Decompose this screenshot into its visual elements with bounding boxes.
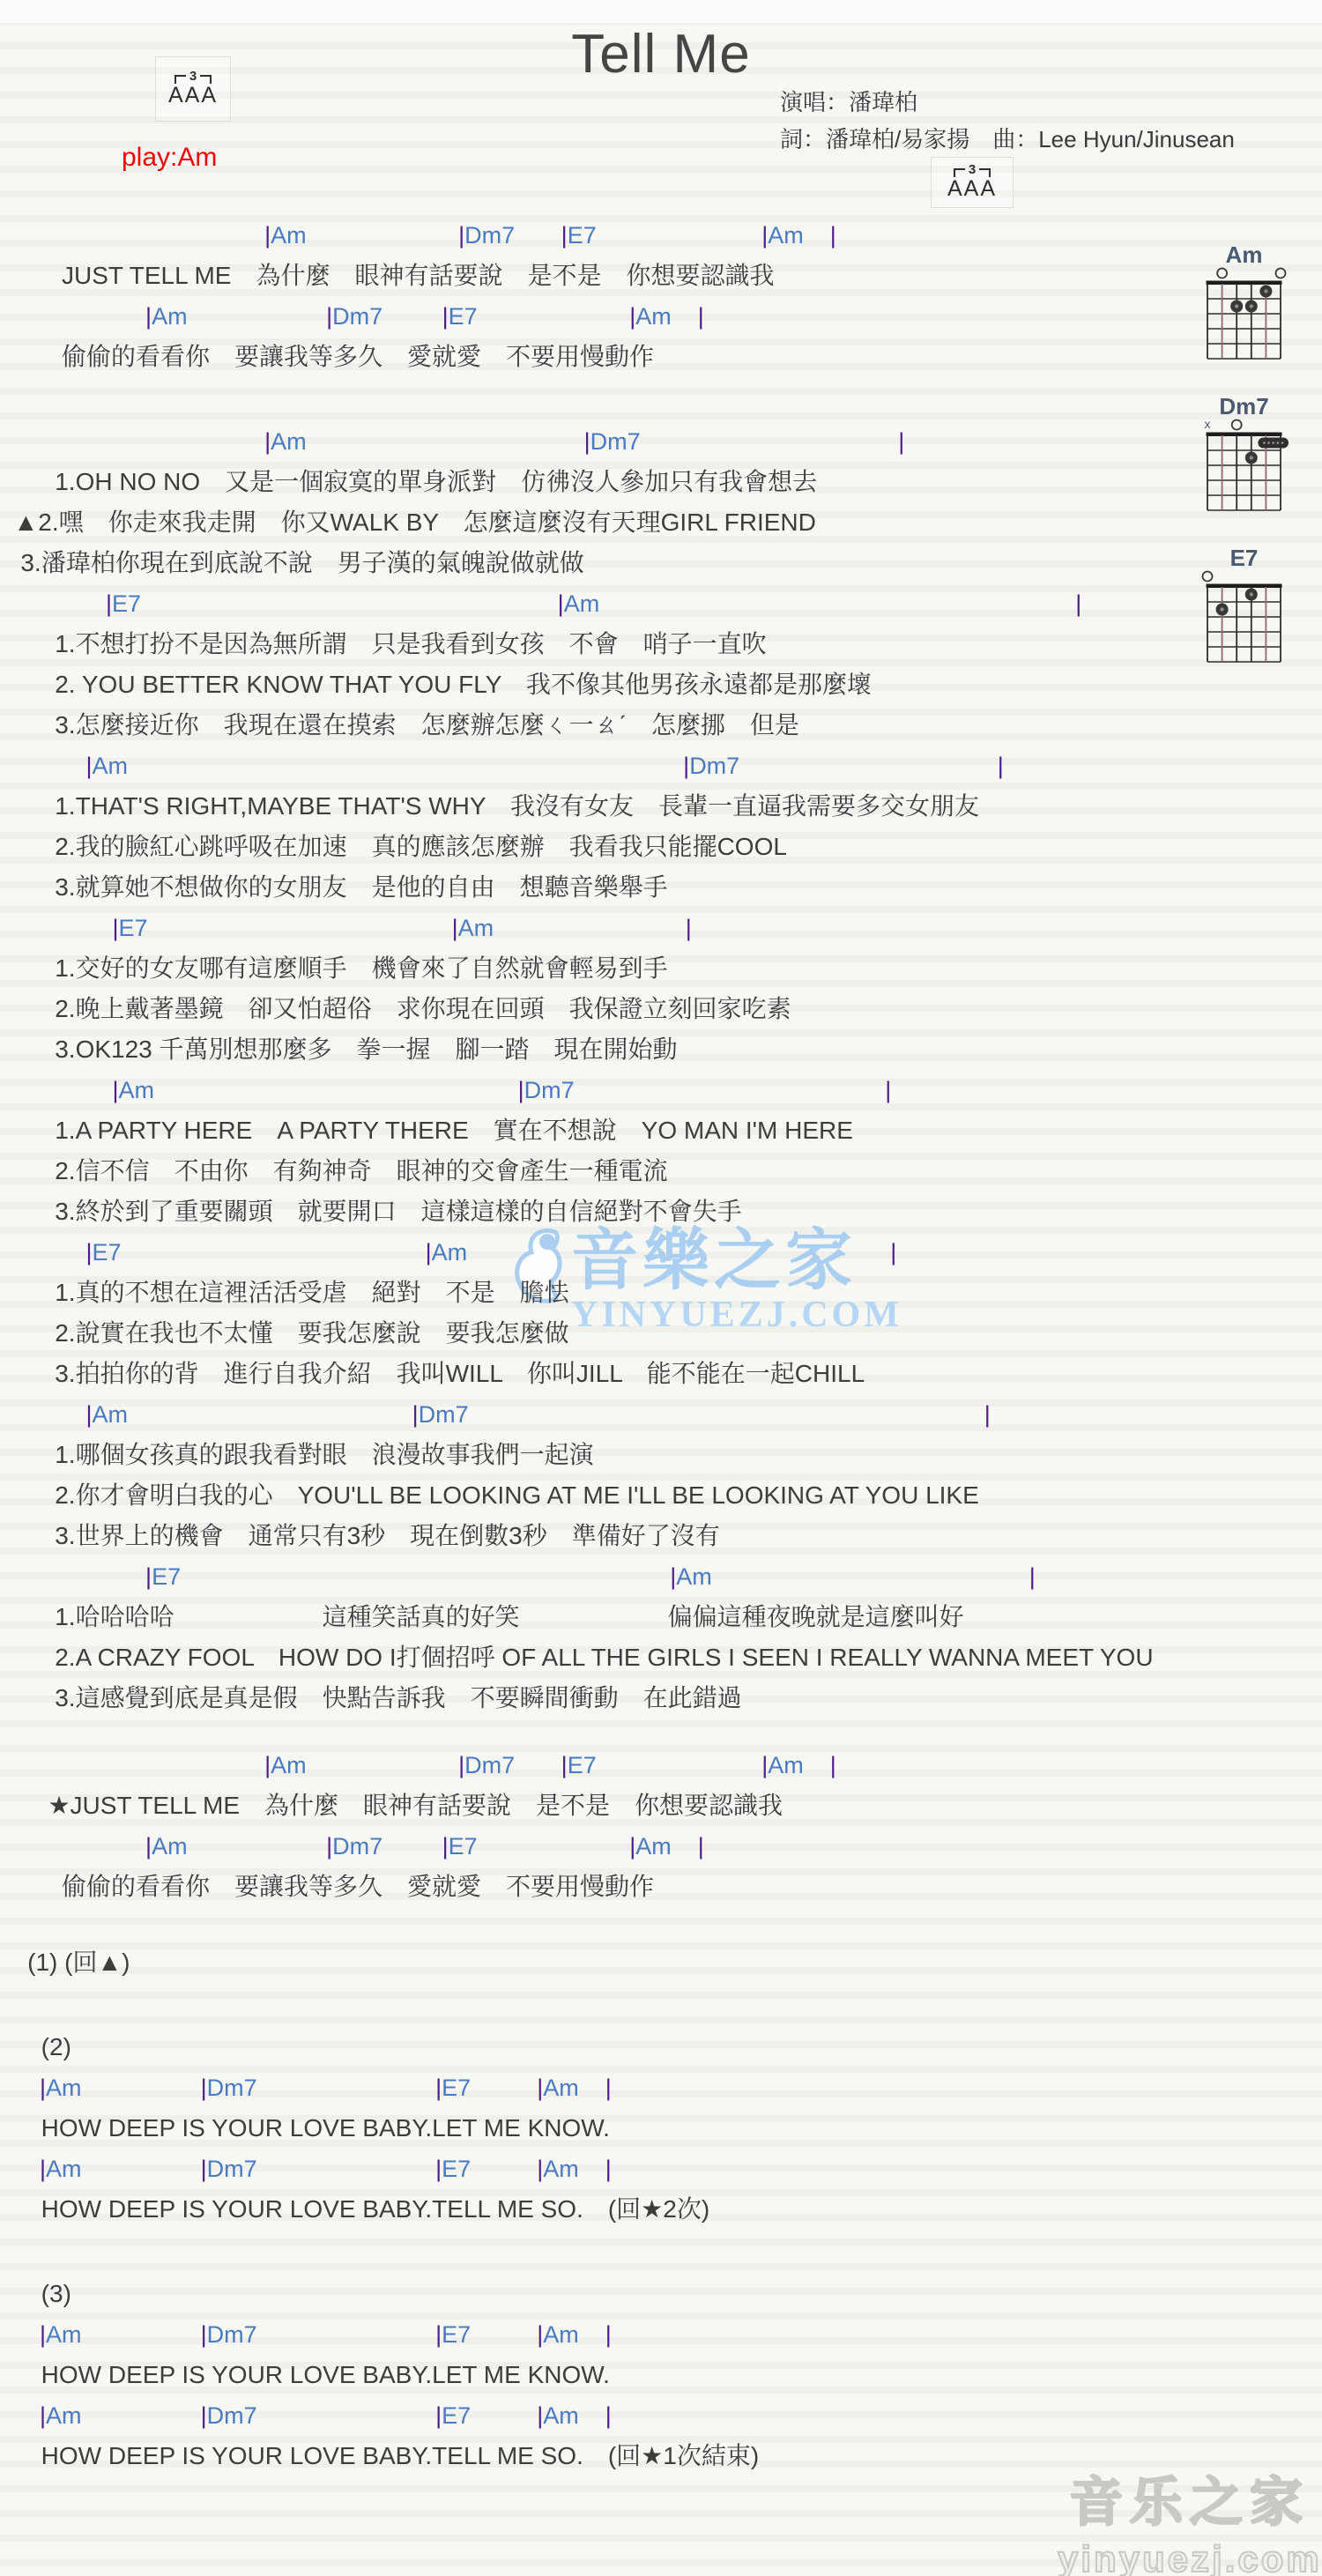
bar-marker: | [830, 1752, 836, 1778]
chord-symbol: E7 [449, 1833, 478, 1860]
chord-line: |Am |Dm7 | [0, 1394, 1322, 1435]
section-label: (1) (回▲) [0, 1942, 1322, 1983]
bar-marker: | [698, 303, 704, 330]
svg-text:Am: Am [1226, 241, 1263, 268]
sheet-gap [0, 377, 1322, 421]
svg-text:Dm7: Dm7 [1219, 393, 1268, 419]
chord-line: |Am |Dm7 |E7 |Am | [0, 2067, 1322, 2108]
chord-symbol: Dm7 [332, 1833, 382, 1860]
chord-symbol: Am [458, 915, 494, 941]
bar-marker: | [113, 915, 119, 941]
bar-marker: | [40, 2156, 46, 2182]
lyric-line: 2. YOU BETTER KNOW THAT YOU FLY 我不像其他男孩永… [0, 664, 1322, 705]
chord-diagram-e7: E7 [1181, 545, 1297, 674]
chord-symbol: Am [543, 2402, 579, 2429]
bar-marker: | [86, 753, 93, 779]
lyric-line: ★JUST TELL ME 為什麼 眼神有話要說 是不是 你想要認識我 [0, 1785, 1322, 1826]
bar-marker: | [561, 1752, 568, 1778]
sheet-gap [0, 2230, 1322, 2274]
bar-marker: | [561, 222, 568, 249]
lyric-line: 2.我的臉紅心跳呼吸在加速 真的應該怎麼辦 我看我只能擺COOL [0, 827, 1322, 867]
sheet-gap [0, 1983, 1322, 2027]
chord-line: |E7 |Am | [0, 583, 1322, 624]
bar-marker: | [984, 1401, 991, 1428]
bar-marker: | [584, 428, 590, 455]
chord-symbol: E7 [152, 1563, 181, 1590]
chord-line: |Am |Dm7 | [0, 1070, 1322, 1110]
chord-symbol: E7 [568, 222, 597, 249]
bar-marker: | [106, 590, 112, 617]
triplet-bracket: 3 [175, 71, 212, 83]
chord-symbol: Am [46, 2321, 82, 2348]
chord-symbol: E7 [93, 1239, 122, 1266]
lyric-line: 2.你才會明白我的心 YOU'LL BE LOOKING AT ME I'LL … [0, 1475, 1322, 1516]
chord-symbol: Am [119, 1077, 155, 1103]
bar-marker: | [830, 222, 836, 249]
triplet-letters: AAA [168, 83, 218, 108]
chord-symbol: Am [93, 753, 129, 779]
page-top-strip [0, 0, 1322, 23]
lyric-line: 偷偷的看看你 要讓我等多久 愛就愛 不要用慢動作 [0, 1867, 1322, 1907]
chord-symbol: E7 [442, 2321, 471, 2348]
bar-marker: | [1075, 590, 1081, 617]
bar-marker: | [698, 1833, 704, 1860]
lyric-line: HOW DEEP IS YOUR LOVE BABY.LET ME KNOW. [0, 2355, 1322, 2395]
chord-symbol: Am [635, 1833, 672, 1860]
bar-marker: | [86, 1239, 93, 1266]
lyric-line: 2.晚上戴著墨鏡 卻又怕超俗 求你現在回頭 我保證立刻回家吃素 [0, 989, 1322, 1029]
chord-diagrams: AmDm7xE7 [1181, 241, 1297, 696]
triplet-number: 3 [969, 164, 976, 176]
lyric-line: 1.OH NO NO 又是一個寂寞的單身派對 仿彿沒人參加只有我會想去 [0, 462, 1322, 502]
lyric-line: 3.就算她不想做你的女朋友 是他的自由 想聽音樂舉手 [0, 867, 1322, 908]
chord-line: |Am |Dm7 |E7 |Am | [0, 1745, 1322, 1785]
lyric-line: 1.不想打扮不是因為無所謂 只是我看到女孩 不會 哨子一直吹 [0, 624, 1322, 664]
bar-marker: | [1029, 1563, 1036, 1590]
bar-marker: | [201, 2402, 207, 2429]
lyric-line: 1.THAT'S RIGHT,MAYBE THAT'S WHY 我沒有女友 長輩… [0, 786, 1322, 827]
chord-diagram-dm7: Dm7x [1181, 393, 1297, 523]
triplet-strum-symbol-2: 3 AAA [931, 157, 1014, 208]
chord-symbol: E7 [119, 915, 148, 941]
bar-marker: | [201, 2321, 207, 2348]
bar-marker: | [605, 2075, 612, 2101]
chord-symbol: Am [768, 1752, 804, 1778]
bar-marker: | [885, 1077, 891, 1103]
bar-marker: | [442, 303, 449, 330]
chord-diagram-am: Am [1181, 241, 1297, 371]
chord-line: |E7 |Am | [0, 908, 1322, 948]
chord-symbol: Dm7 [207, 2402, 257, 2429]
bar-marker: | [40, 2075, 46, 2101]
chord-line: |E7 |Am | [0, 1232, 1322, 1273]
sheet-gap [0, 1719, 1322, 1745]
chord-symbol: Am [676, 1563, 712, 1590]
lyric-line: ▲2.嘿 你走來我走開 你又WALK BY 怎麼這麼沒有天理GIRL FRIEN… [0, 502, 1322, 543]
corner-watermark-domain: yinyuezj.com [1058, 2538, 1322, 2576]
bar-marker: | [113, 1077, 119, 1103]
section-label: (2) [0, 2027, 1322, 2067]
bar-marker: | [605, 2156, 612, 2182]
chord-symbol: Dm7 [207, 2321, 257, 2348]
chord-symbol: E7 [449, 303, 478, 330]
chord-symbol: Am [46, 2075, 82, 2101]
bar-marker: | [145, 1563, 152, 1590]
composer-credit: 詞：潘瑋柏/易家揚 曲：Lee Hyun/Jinusean [780, 122, 1235, 154]
chord-line: |Am |Dm7 |E7 |Am | [0, 215, 1322, 256]
chord-symbol: Dm7 [464, 222, 515, 249]
section-label: (3) [0, 2274, 1322, 2314]
lyric-line: 3.OK123 千萬別想那麼多 拳一握 腳一踏 現在開始動 [0, 1029, 1322, 1070]
lyric-line: 1.A PARTY HERE A PARTY THERE 實在不想說 YO MA… [0, 1110, 1322, 1151]
lyric-line: HOW DEEP IS YOUR LOVE BABY.LET ME KNOW. [0, 2108, 1322, 2149]
lyric-line: 1.真的不想在這裡活活受虐 絕對 不是 膽怯 [0, 1273, 1322, 1313]
chord-symbol: Am [46, 2156, 82, 2182]
chord-symbol: Am [93, 1401, 129, 1428]
lyric-line: HOW DEEP IS YOUR LOVE BABY.TELL ME SO. (… [0, 2189, 1322, 2230]
corner-watermark-text: 音乐之家 [1058, 2461, 1322, 2536]
bar-marker: | [145, 303, 152, 330]
bar-marker: | [426, 1239, 432, 1266]
chord-symbol: Dm7 [207, 2156, 257, 2182]
chord-symbol: Dm7 [524, 1077, 575, 1103]
lyric-line: 3.拍拍你的背 進行自我介紹 我叫WILL 你叫JILL 能不能在一起CHILL [0, 1354, 1322, 1394]
chord-symbol: Dm7 [590, 428, 641, 455]
bar-marker: | [605, 2321, 612, 2348]
chord-symbol: E7 [568, 1752, 597, 1778]
play-key: play:Am [122, 143, 217, 173]
triplet-bracket: 3 [954, 164, 991, 176]
bar-marker: | [40, 2321, 46, 2348]
bar-marker: | [890, 1239, 896, 1266]
chord-symbol: Dm7 [689, 753, 739, 779]
triplet-number: 3 [189, 71, 197, 83]
lyric-line: 3.世界上的機會 通常只有3秒 現在倒數3秒 準備好了沒有 [0, 1516, 1322, 1556]
lyric-line: 2.A CRAZY FOOL HOW DO I打個招呼 OF ALL THE G… [0, 1637, 1322, 1678]
bar-marker: | [452, 915, 458, 941]
chord-symbol: Am [152, 303, 188, 330]
chord-symbol: Am [543, 2075, 579, 2101]
chord-symbol: E7 [442, 2402, 471, 2429]
chord-symbol: Am [432, 1239, 468, 1266]
chord-line: |Am |Dm7 |E7 |Am | [0, 296, 1322, 337]
lyric-line: 1.交好的女友哪有這麼順手 機會來了自然就會輕易到手 [0, 948, 1322, 989]
chord-symbol: Am [46, 2402, 82, 2429]
svg-text:x: x [1205, 417, 1211, 431]
chord-symbol: E7 [112, 590, 141, 617]
lyric-line: 2.信不信 不由你 有夠神奇 眼神的交會產生一種電流 [0, 1151, 1322, 1191]
lyric-line: 3.終於到了重要關頭 就要開口 這樣這樣的自信絕對不會失手 [0, 1191, 1322, 1232]
svg-text:E7: E7 [1230, 545, 1259, 571]
bar-marker: | [605, 2402, 612, 2429]
triplet-strum-symbol: 3 AAA [155, 56, 231, 122]
chord-line: |E7 |Am | [0, 1556, 1322, 1597]
chord-symbol: Am [152, 1833, 188, 1860]
chord-symbol: Am [635, 303, 672, 330]
chord-symbol: E7 [442, 2075, 471, 2101]
chord-symbol: Am [543, 2321, 579, 2348]
bar-marker: | [412, 1401, 419, 1428]
lyric-line: 1.哪個女孩真的跟我看對眼 浪漫故事我們一起演 [0, 1435, 1322, 1475]
chord-symbol: Dm7 [332, 303, 382, 330]
chord-symbol: E7 [442, 2156, 471, 2182]
bar-marker: | [686, 915, 692, 941]
lyric-line: 3.這感覺到底是真是假 快點告訴我 不要瞬間衝動 在此錯過 [0, 1678, 1322, 1719]
chord-symbol: Am [768, 222, 804, 249]
chord-symbol: Dm7 [207, 2075, 257, 2101]
chord-symbol: Am [543, 2156, 579, 2182]
chord-symbol: Am [271, 428, 307, 455]
chord-line: |Am |Dm7 | [0, 421, 1322, 462]
bar-marker: | [998, 753, 1004, 779]
corner-watermark: 音乐之家 yinyuezj.com [1058, 2461, 1322, 2576]
lyric-line: 3.潘瑋柏你現在到底說不說 男子漢的氣魄說做就做 [0, 543, 1322, 583]
chord-line: |Am |Dm7 |E7 |Am | [0, 1826, 1322, 1867]
lyric-line: 3.怎麼接近你 我現在還在摸索 怎麼辦怎麼ㄑ一ㄠˊ 怎麼挪 但是 [0, 705, 1322, 746]
chord-symbol: Dm7 [464, 1752, 515, 1778]
chord-line: |Am |Dm7 |E7 |Am | [0, 2314, 1322, 2355]
lyric-line: 2.說實在我也不太懂 要我怎麼說 要我怎麼做 [0, 1313, 1322, 1354]
chord-line: |Am |Dm7 | [0, 746, 1322, 786]
chord-symbol: Am [271, 222, 307, 249]
bar-marker: | [201, 2156, 207, 2182]
lyric-line: JUST TELL ME 為什麼 眼神有話要說 是不是 你想要認識我 [0, 256, 1322, 296]
sheet: |Am |Dm7 |E7 |Am | JUST TELL ME 為什麼 眼神有話… [0, 215, 1322, 2476]
bar-marker: | [442, 1833, 449, 1860]
bar-marker: | [898, 428, 904, 455]
bar-marker: | [40, 2402, 46, 2429]
chord-symbol: Dm7 [419, 1401, 469, 1428]
sheet-gap [0, 1907, 1322, 1942]
lyric-line: 1.哈哈哈哈 這種笑話真的好笑 偏偏這種夜晚就是這麼叫好 [0, 1597, 1322, 1637]
chord-line: |Am |Dm7 |E7 |Am | [0, 2149, 1322, 2189]
chord-symbol: Am [564, 590, 600, 617]
bar-marker: | [201, 2075, 207, 2101]
chord-symbol: Am [271, 1752, 307, 1778]
bar-marker: | [518, 1077, 524, 1103]
singer-credit: 演唱：潘瑋柏 [780, 85, 917, 117]
chord-line: |Am |Dm7 |E7 |Am | [0, 2395, 1322, 2436]
lyric-line: 偷偷的看看你 要讓我等多久 愛就愛 不要用慢動作 [0, 337, 1322, 377]
bar-marker: | [86, 1401, 93, 1428]
bar-marker: | [558, 590, 564, 617]
triplet-letters: AAA [947, 176, 997, 201]
bar-marker: | [145, 1833, 152, 1860]
